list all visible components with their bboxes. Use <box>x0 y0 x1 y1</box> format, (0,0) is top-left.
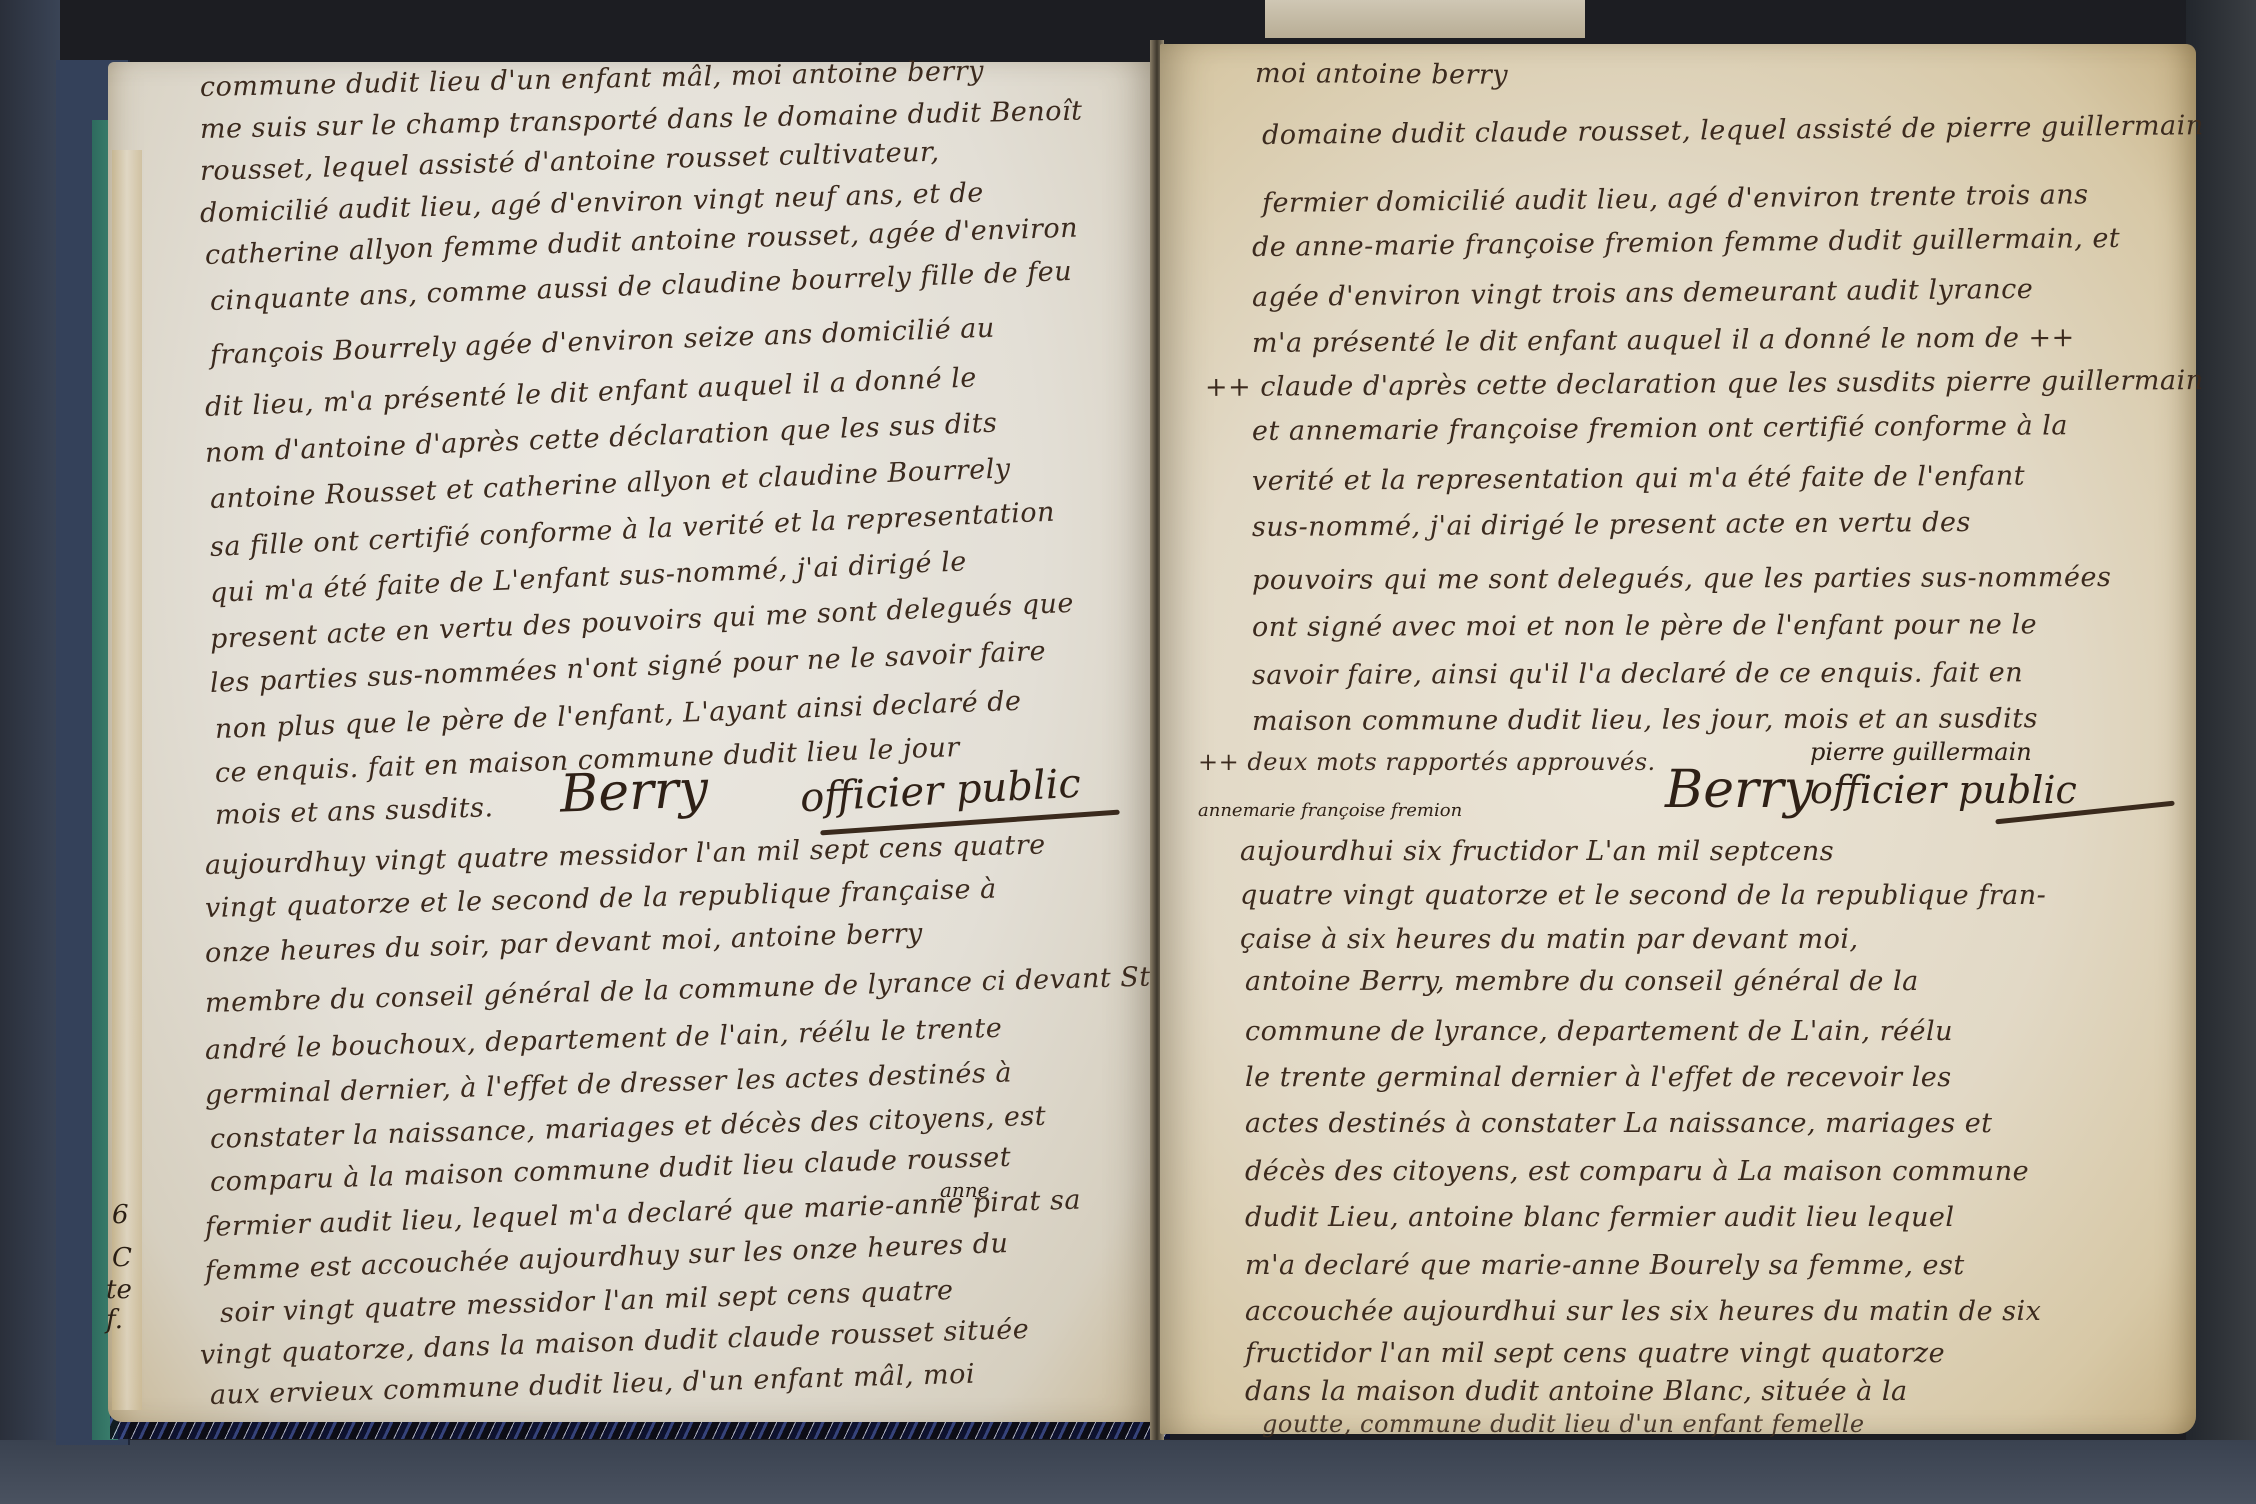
right-line-24: dudit Lieu, antoine blanc fermier audit … <box>1245 1202 1954 1233</box>
right-line-20: commune de lyrance, departement de L'ain… <box>1245 1016 1953 1047</box>
right-line-23: décès des citoyens, est comparu à La mai… <box>1245 1156 2029 1187</box>
top-paper-flap <box>1265 0 1585 38</box>
right-line-11: pouvoirs qui me sont delegués, que les p… <box>1252 562 2111 596</box>
margin-mark-1: 6 <box>112 1200 129 1230</box>
right-line-17: quatre vingt quatorze et le second de la… <box>1240 880 2046 911</box>
witness-signature-1: pierre guillermain <box>1810 738 2032 766</box>
right-signature-name: Berry <box>1665 760 1813 820</box>
witness-signature-2: annemarie françoise fremion <box>1198 800 1462 821</box>
interlinear-insertion: anne <box>940 1178 990 1202</box>
margin-mark-2: C <box>112 1243 132 1273</box>
right-line-29: goutte, commune dudit lieu d'un enfant f… <box>1262 1410 1865 1438</box>
right-line-13: savoir faire, ainsi qu'il l'a declaré de… <box>1252 657 2023 691</box>
right-line-1: moi antoine berry <box>1255 58 1508 91</box>
right-signature-title: officier public <box>1810 768 2077 812</box>
right-line-27: fructidor l'an mil sept cens quatre ving… <box>1245 1338 1945 1369</box>
right-line-25: m'a declaré que marie-anne Bourely sa fe… <box>1245 1250 1965 1281</box>
right-line-28: dans la maison dudit antoine Blanc, situ… <box>1245 1376 1908 1407</box>
margin-mark-3: te <box>106 1275 132 1305</box>
backdrop-left <box>0 0 60 1504</box>
backdrop-right <box>2186 0 2256 1504</box>
right-line-15: ++ deux mots rapportés approuvés. <box>1198 748 1656 776</box>
right-line-12: ont signé avec moi et non le père de l'e… <box>1252 609 2037 643</box>
right-line-10: sus-nommé, j'ai dirigé le present acte e… <box>1252 507 1971 543</box>
right-line-8: et annemarie françoise fremion ont certi… <box>1252 410 2068 447</box>
left-signature-name: Berry <box>559 759 709 824</box>
backdrop-table <box>0 1440 2256 1504</box>
right-line-18: çaise à six heures du matin par devant m… <box>1240 924 1859 955</box>
margin-mark-4: f. <box>106 1305 123 1335</box>
right-line-9: verité et la representation qui m'a été … <box>1252 461 2025 497</box>
right-line-19: antoine Berry, membre du conseil général… <box>1245 966 1919 997</box>
right-line-21: le trente germinal dernier à l'effet de … <box>1245 1062 1952 1093</box>
right-line-6: m'a présenté le dit enfant auquel il a d… <box>1252 322 2075 359</box>
right-line-14: maison commune dudit lieu, les jour, moi… <box>1252 703 2038 737</box>
right-line-16: aujourdhui six fructidor L'an mil septce… <box>1240 836 1834 867</box>
right-line-26: accouchée aujourdhui sur les six heures … <box>1245 1296 2041 1327</box>
right-line-22: actes destinés à constater La naissance,… <box>1245 1108 1993 1139</box>
